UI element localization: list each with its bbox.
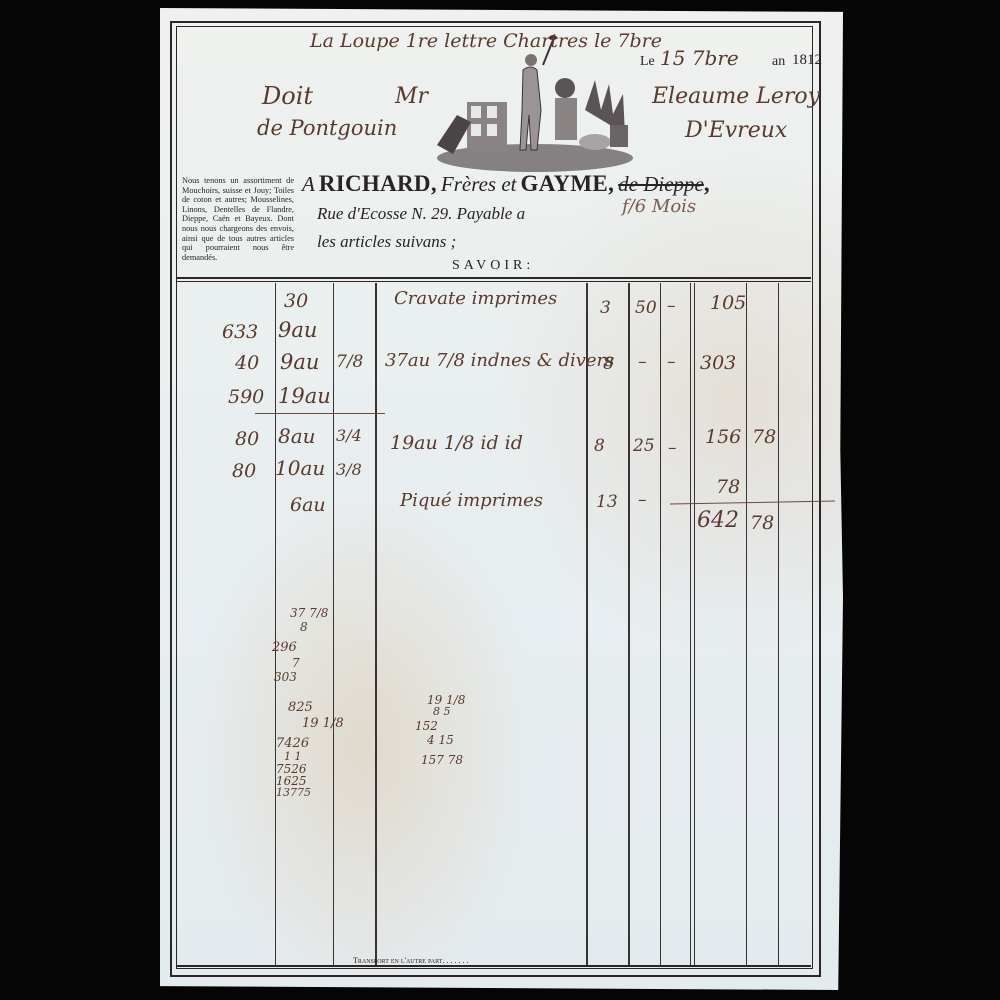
line-total: 156 [705,426,741,448]
merchant-mid: Frères et [441,172,517,196]
table-bottom-rule [176,965,811,967]
column-divider [628,283,630,967]
item-description: Cravate imprimes [394,288,557,309]
invoice-paper: La Loupe 1re lettre Chartres le 7bre Le … [160,8,843,990]
merchant-address: Rue d'Ecosse N. 29. [317,204,452,223]
column-divider [746,283,747,967]
merchant-name-2: GAYME [521,171,609,196]
column-divider [375,283,377,967]
transport-footer: Transport en l'autre part. . . . . . . [353,956,468,965]
merchant-city: de Dieppe [618,172,704,196]
invoice-year: 1812 [792,52,822,69]
column-divider [778,283,779,967]
item-description: Piqué imprimes [400,490,543,511]
merchant-line: A RICHARD, Frères et GAYME, de Dieppe, [302,171,710,197]
item-description: 19au 1/8 id id [390,432,523,454]
column-divider [586,283,588,967]
merchant-separator: , [431,171,437,196]
merchant-name-1: RICHARD [319,171,431,196]
doit-label: Doit [262,82,313,110]
origin-place: de Pontgouin [257,116,397,140]
articles-line: les articles suivans ; [317,232,456,252]
year-prefix: an [772,54,785,70]
payable-label: Payable a [457,204,525,223]
column-divider [333,283,334,967]
recipient-place: D'Evreux [685,118,787,143]
date-prefix: Le [640,54,655,70]
column-divider [660,283,661,967]
line-total: 78 [716,476,740,498]
location-note: La Loupe 1re lettre Chartres le 7bre [310,30,662,52]
merchant-prefix: A [302,172,315,196]
recipient-name: Eleaume Leroy [652,84,820,109]
payable-terms: f/6 Mois [622,196,696,217]
column-divider [690,283,691,967]
line-total: 105 [710,292,746,314]
invoice-date: 15 7bre [660,46,739,70]
mr-label: Mr [395,84,428,109]
grand-total-cents: 78 [750,512,774,534]
savoir-label: SAVOIR: [452,258,534,274]
item-description: 37au 7/8 indnes & divers [385,350,614,371]
merchant-side-note: Nous tenons un assortiment de Mouchoirs,… [182,176,294,262]
line-total: 303 [700,352,736,374]
grand-total: 642 [697,508,739,533]
table-top-rule [176,277,811,279]
column-divider [275,283,276,967]
address-line: Rue d'Ecosse N. 29. Payable a [317,204,525,224]
